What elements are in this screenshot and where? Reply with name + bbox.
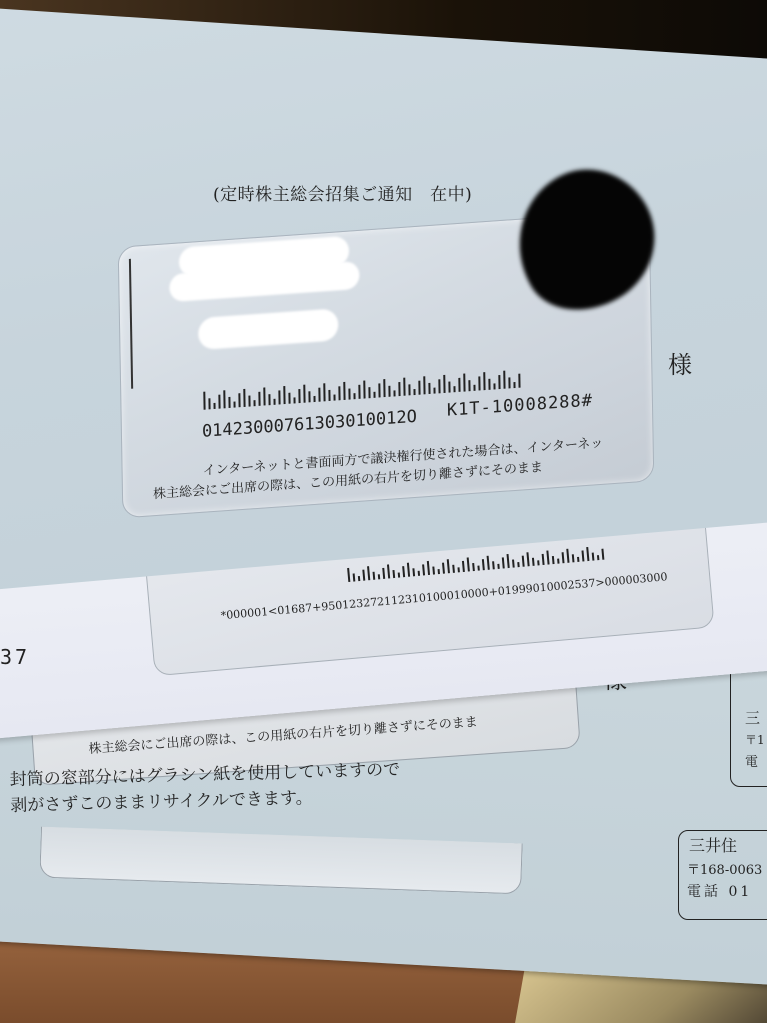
ocr-line: *000001<01687+950123272112310100010000+0… <box>220 570 668 622</box>
photo-scene: 三井住 〒168-0063 電話 01 K1T-10020654# 株主総会にご… <box>0 0 767 1023</box>
sender-line-1: 三 <box>745 707 760 728</box>
recycle-note: 封筒の窓部分にはグラシン紙を使用していますので 剥がさずこのままリサイクルできま… <box>9 757 401 819</box>
number-fragment: 37 <box>0 645 30 669</box>
customer-code-number: 01423000761303010012O <box>202 407 417 442</box>
sender-line-3: 電 <box>745 751 758 770</box>
customer-code-id: K1T-10008288# <box>447 391 593 421</box>
recipient-redaction <box>198 308 339 350</box>
recipient-honorific: 様 <box>668 345 692 380</box>
envelope-heading: (定時株主総会招集ご通知 在中) <box>213 180 472 205</box>
sender-name-fragment: 三井住 <box>689 833 737 856</box>
postal-code: 〒168-0063 <box>687 859 762 878</box>
phone-fragment: 電話 01 <box>687 881 752 901</box>
sender-line-2: 〒1 <box>745 731 765 748</box>
window-edge-line <box>129 259 133 389</box>
bottom-sender-box: 三井住 〒168-0063 電話 01 <box>678 830 767 920</box>
